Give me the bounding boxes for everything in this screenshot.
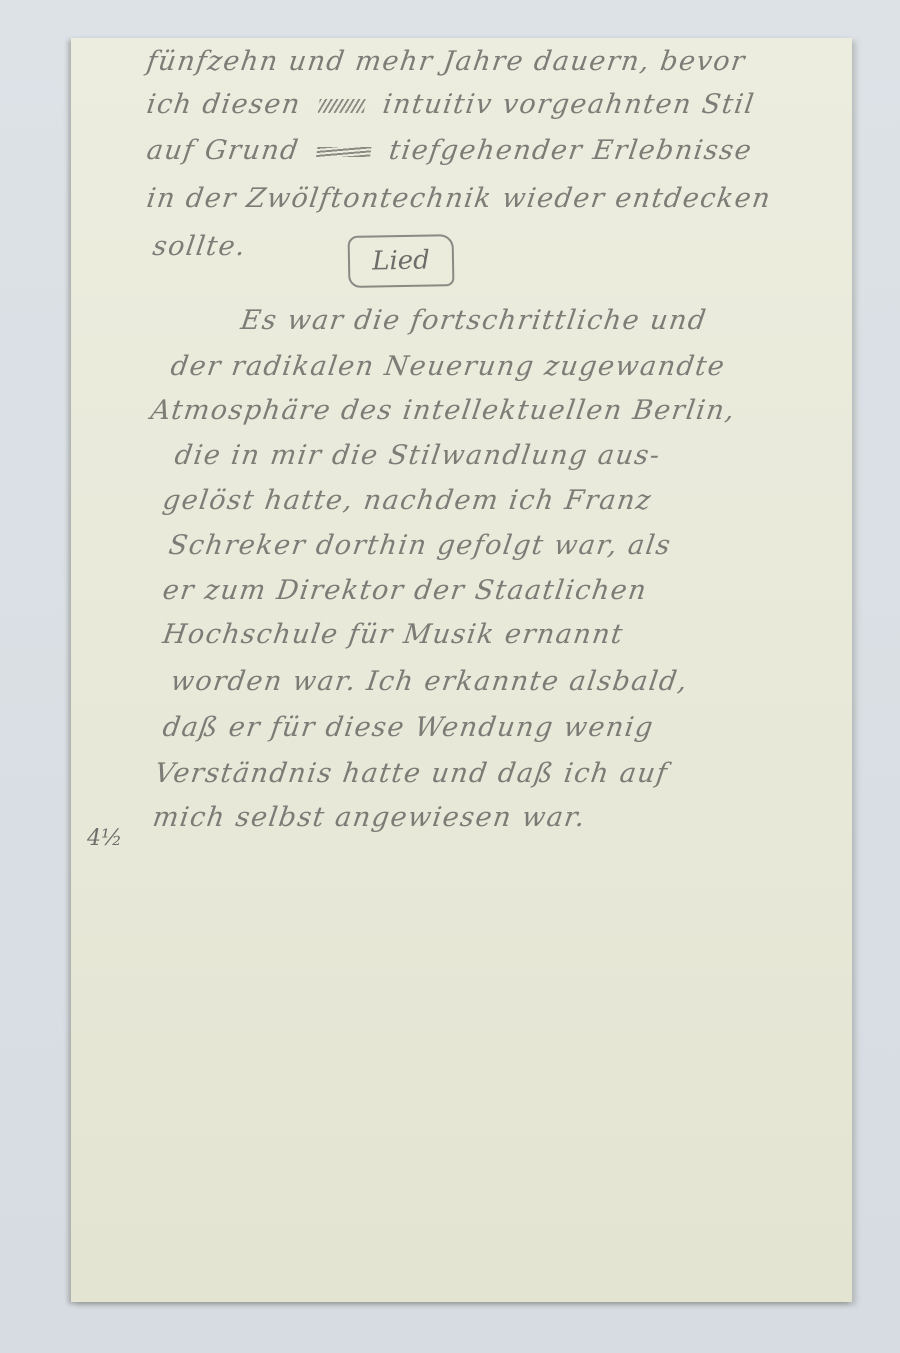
annotation-text: Lied: [372, 245, 430, 276]
manuscript-line-8: Atmosphäre des intellektuellen Berlin,: [149, 395, 738, 426]
line-text: gelöst hatte, nachdem ich Franz: [161, 485, 654, 516]
manuscript-line-14: worden war. Ich erkannte alsbald,: [169, 666, 690, 697]
line-text: Verständnis hatte und daß ich auf: [153, 758, 670, 789]
manuscript-line-15: daß er für diese Wendung wenig: [161, 712, 656, 743]
margin-note-text: 4½: [87, 826, 122, 851]
manuscript-line-5: sollte.: [151, 231, 249, 262]
line-text: Atmosphäre des intellektuellen Berlin,: [149, 395, 738, 426]
manuscript-line-4: in der Zwölftontechnik wieder entdecken: [145, 183, 774, 214]
line-text: er zum Direktor der Staatlichen: [161, 575, 650, 606]
strikethrough-scribble-icon: [318, 99, 366, 113]
manuscript-line-3: auf Grund tiefgehender Erlebnisse: [145, 135, 755, 166]
strikethrough-scribble-icon: [316, 147, 371, 157]
line-text: intuitiv vorgeahnten Stil: [381, 89, 757, 120]
boxed-annotation: Lied: [348, 234, 455, 288]
line-text: sollte.: [151, 231, 249, 262]
manuscript-line-13: Hochschule für Musik ernannt: [161, 619, 626, 650]
manuscript-line-9: die in mir die Stilwandlung aus-: [173, 440, 663, 471]
manuscript-line-16: Verständnis hatte und daß ich auf: [153, 758, 670, 789]
manuscript-line-2: ich diesen intuitiv vorgeahnten Stil: [145, 89, 757, 120]
line-text: Es war die fortschrittliche und: [239, 305, 709, 336]
line-text: worden war. Ich erkannte alsbald,: [169, 666, 690, 697]
manuscript-page: fünfzehn und mehr Jahre dauern, bevor ic…: [71, 38, 852, 1302]
manuscript-line-17: mich selbst angewiesen war.: [151, 802, 588, 833]
line-text: mich selbst angewiesen war.: [151, 802, 588, 833]
line-text: in der Zwölftontechnik wieder entdecken: [145, 183, 774, 214]
manuscript-line-11: Schreker dorthin gefolgt war, als: [167, 530, 674, 561]
line-text: die in mir die Stilwandlung aus-: [173, 440, 663, 471]
line-text: ich diesen: [145, 89, 303, 120]
manuscript-line-10: gelöst hatte, nachdem ich Franz: [161, 485, 654, 516]
line-text: daß er für diese Wendung wenig: [161, 712, 656, 743]
line-text: fünfzehn und mehr Jahre dauern, bevor: [145, 46, 748, 77]
page-number-margin-note: 4½: [87, 826, 122, 851]
line-text: Schreker dorthin gefolgt war, als: [167, 530, 674, 561]
line-text: der radikalen Neuerung zugewandte: [169, 351, 728, 382]
line-text: tiefgehender Erlebnisse: [387, 135, 754, 166]
manuscript-line-1: fünfzehn und mehr Jahre dauern, bevor: [145, 46, 748, 77]
line-text: Hochschule für Musik ernannt: [161, 619, 626, 650]
line-text: auf Grund: [145, 135, 301, 166]
manuscript-line-6: Es war die fortschrittliche und: [239, 305, 709, 336]
manuscript-line-7: der radikalen Neuerung zugewandte: [169, 351, 728, 382]
manuscript-line-12: er zum Direktor der Staatlichen: [161, 575, 650, 606]
